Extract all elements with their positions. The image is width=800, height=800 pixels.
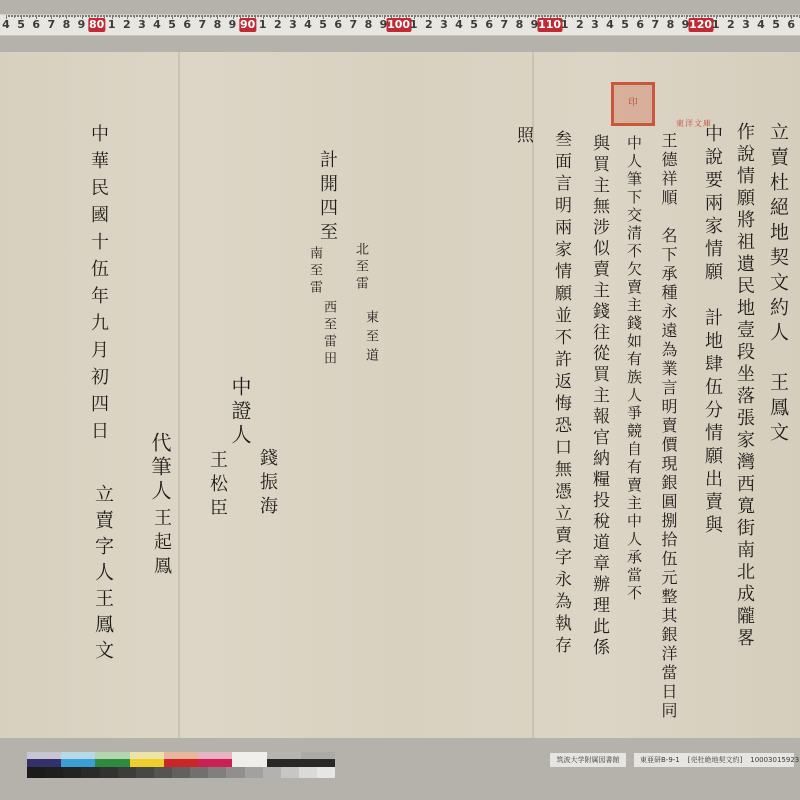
gray-patch xyxy=(190,767,208,778)
grayscale-step-row xyxy=(27,767,335,778)
ruler-number: 7 xyxy=(500,18,508,31)
ruler-number: 2 xyxy=(123,18,131,31)
ruler-number: 100 xyxy=(386,18,411,32)
ruler-number: 6 xyxy=(334,18,342,31)
ruler-number: 7 xyxy=(651,18,659,31)
gray-patch xyxy=(299,767,317,778)
color-patch xyxy=(301,752,335,759)
ruler-number: 7 xyxy=(47,18,55,31)
ruler-number: 4 xyxy=(153,18,161,31)
seller-signature: 立賣字人王鳳文 xyxy=(93,484,112,666)
gray-patch xyxy=(226,767,244,778)
ruler-number: 1 xyxy=(259,18,267,31)
color-patch xyxy=(61,752,95,759)
color-patch xyxy=(61,759,95,767)
gray-patch xyxy=(45,767,63,778)
ruler-number: 8 xyxy=(214,18,222,31)
color-chart-dark-row xyxy=(27,759,335,767)
ruler-number: 6 xyxy=(485,18,493,31)
ruler-number: 6 xyxy=(32,18,40,31)
ruler-number: 8 xyxy=(63,18,71,31)
gray-patch xyxy=(27,767,45,778)
deed-paper: 東洋文庫 xyxy=(0,52,800,738)
ruler-number: 2 xyxy=(274,18,282,31)
scribe-heading: 代筆人 xyxy=(150,432,170,504)
color-patch xyxy=(198,752,232,759)
gray-patch xyxy=(263,767,281,778)
gray-patch xyxy=(154,767,172,778)
ruler-number: 3 xyxy=(591,18,599,31)
gray-patch xyxy=(317,767,335,778)
boundary-south: 南至雷 xyxy=(308,246,321,297)
color-patch xyxy=(232,759,266,767)
ruler-number: 4 xyxy=(757,18,765,31)
witness-name-1: 錢振海 xyxy=(258,448,276,520)
ruler-number: 5 xyxy=(772,18,780,31)
gray-patch xyxy=(100,767,118,778)
ruler-number: 80 xyxy=(88,18,105,32)
ruler-number: 4 xyxy=(304,18,312,31)
ruler-number: 110 xyxy=(537,18,562,32)
ruler-number: 5 xyxy=(621,18,629,31)
color-patch xyxy=(27,752,61,759)
color-patch xyxy=(95,752,129,759)
ruler-number: 8 xyxy=(365,18,373,31)
gray-patch xyxy=(63,767,81,778)
color-patch xyxy=(130,759,164,767)
color-patch xyxy=(267,759,301,767)
boundary-east: 東至道 xyxy=(364,310,377,367)
color-patch xyxy=(164,752,198,759)
color-patch xyxy=(95,759,129,767)
ruler-number: 6 xyxy=(636,18,644,31)
deed-column-4: 王德祥順 名下承種永遠為業言明賣價現銀圓捌拾伍元整其銀洋當日同 xyxy=(660,132,676,721)
color-patch xyxy=(164,759,198,767)
library-label: 筑波大学附属図書館 xyxy=(550,753,626,767)
boundary-west: 西至雷田 xyxy=(322,300,335,368)
ruler-number: 8 xyxy=(667,18,675,31)
color-patch xyxy=(267,752,301,759)
ruler-number: 5 xyxy=(319,18,327,31)
gray-patch xyxy=(136,767,154,778)
deed-column-6: 與買主無涉似賣主錢往從買主報官納糧投稅道章辦理此係 xyxy=(590,134,607,659)
ruler-number: 4 xyxy=(606,18,614,31)
ruler-number: 1 xyxy=(712,18,720,31)
gray-patch xyxy=(81,767,99,778)
gray-patch xyxy=(172,767,190,778)
ruler-number: 5 xyxy=(168,18,176,31)
ruler-number: 120 xyxy=(688,18,713,32)
ruler-number: 5 xyxy=(17,18,25,31)
witnesses-heading: 中證人 xyxy=(230,376,250,448)
gray-patch xyxy=(281,767,299,778)
deed-column-3: 中說要兩家情願 計地肆伍分情願出賣與 xyxy=(703,124,721,538)
deed-column-7: 叁面言明兩家情願並不許返悔恐口無憑立賣字永為執存 xyxy=(552,130,569,658)
ruler-number: 2 xyxy=(727,18,735,31)
ruler-number: 7 xyxy=(349,18,357,31)
color-calibration-chart xyxy=(27,752,335,778)
deed-date: 中華民國十伍年九月初四日 xyxy=(89,124,107,448)
color-patch xyxy=(198,759,232,767)
ruler-number: 4 xyxy=(455,18,463,31)
deed-column-8: 照 xyxy=(514,126,531,147)
call-number: 東亜研B-9-1 xyxy=(640,755,680,765)
color-patch xyxy=(27,759,61,767)
scribe-name: 王起鳳 xyxy=(152,508,170,580)
ruler-number: 7 xyxy=(198,18,206,31)
deed-column-1: 立賣杜絕地契文約人 王鳳文 xyxy=(768,122,787,447)
gray-patch xyxy=(245,767,263,778)
gray-patch xyxy=(208,767,226,778)
color-patch xyxy=(301,759,335,767)
red-seal: 印 xyxy=(611,82,655,126)
ruler-number: 2 xyxy=(576,18,584,31)
ruler-number: 3 xyxy=(138,18,146,31)
ruler-number: 2 xyxy=(425,18,433,31)
gray-patch xyxy=(118,767,136,778)
ruler-number: 1 xyxy=(108,18,116,31)
deed-column-2: 作說情願將祖遺民地壹段坐落張家灣西寬街南北成隴畧 xyxy=(735,122,753,650)
deed-column-5: 中人筆下交清不欠賣主錢如有族人爭競自有賣主中人承當不 xyxy=(626,135,641,603)
ruler-number: 9 xyxy=(229,18,237,31)
ruler-number: 3 xyxy=(742,18,750,31)
boundaries-heading: 計開四至 xyxy=(318,150,336,246)
ruler-number: 1 xyxy=(410,18,418,31)
ruler-number: 3 xyxy=(289,18,297,31)
paper-fold-line xyxy=(532,52,534,738)
boundary-north: 北至雷 xyxy=(354,242,367,293)
ruler-number: 6 xyxy=(183,18,191,31)
color-patch xyxy=(130,752,164,759)
barcode-number: 10003015923 xyxy=(750,756,799,764)
ruler-number: 90 xyxy=(239,18,256,32)
measuring-ruler: 4567898012345678990123456789100123456789… xyxy=(0,14,800,36)
color-patch xyxy=(232,752,266,759)
paper-fold-line xyxy=(178,52,180,738)
ruler-number: 9 xyxy=(78,18,86,31)
ruler-number: 4 xyxy=(2,18,10,31)
ruler-number: 8 xyxy=(516,18,524,31)
catalog-label: 東亜研B-9-1 [売杜絶地契文約] 10003015923 xyxy=(634,753,794,767)
ruler-number: 5 xyxy=(470,18,478,31)
ruler-number: 6 xyxy=(787,18,795,31)
color-chart-light-row xyxy=(27,752,335,759)
ruler-number: 3 xyxy=(440,18,448,31)
witness-name-2: 王松臣 xyxy=(208,450,226,522)
document-title: [売杜絶地契文約] xyxy=(688,755,742,765)
ruler-number: 1 xyxy=(561,18,569,31)
